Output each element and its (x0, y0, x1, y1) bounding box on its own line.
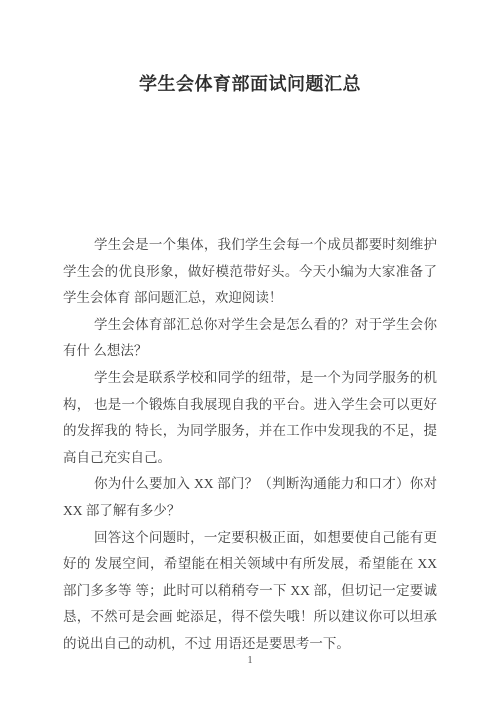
paragraph-answer-1: 学生会是联系学校和同学的纽带，是一个为同学服务的机构， 也是一个锻炼自我展现自我… (63, 365, 437, 471)
document-page: 学生会体育部面试问题汇总 学生会是一个集体，我们学生会每一个成员都要时刻维护学生… (0, 0, 500, 708)
paragraph-question-2: 你为什么要加入 XX 部门？（判断沟通能力和口才）你对 XX 部了解有多少？ (63, 471, 437, 524)
document-title: 学生会体育部面试问题汇总 (0, 0, 500, 96)
page-number: 1 (0, 655, 500, 666)
paragraph-intro: 学生会是一个集体，我们学生会每一个成员都要时刻维护学生会的优良形象，做好模范带好… (63, 232, 437, 312)
document-body: 学生会是一个集体，我们学生会每一个成员都要时刻维护学生会的优良形象，做好模范带好… (63, 232, 437, 658)
paragraph-question-1: 学生会体育部汇总你对学生会是怎么看的？对于学生会你有什 么想法？ (63, 312, 437, 365)
paragraph-answer-2: 回答这个问题时，一定要积极正面，如想要使自己能有更好的 发展空间，希望能在相关领… (63, 525, 437, 658)
